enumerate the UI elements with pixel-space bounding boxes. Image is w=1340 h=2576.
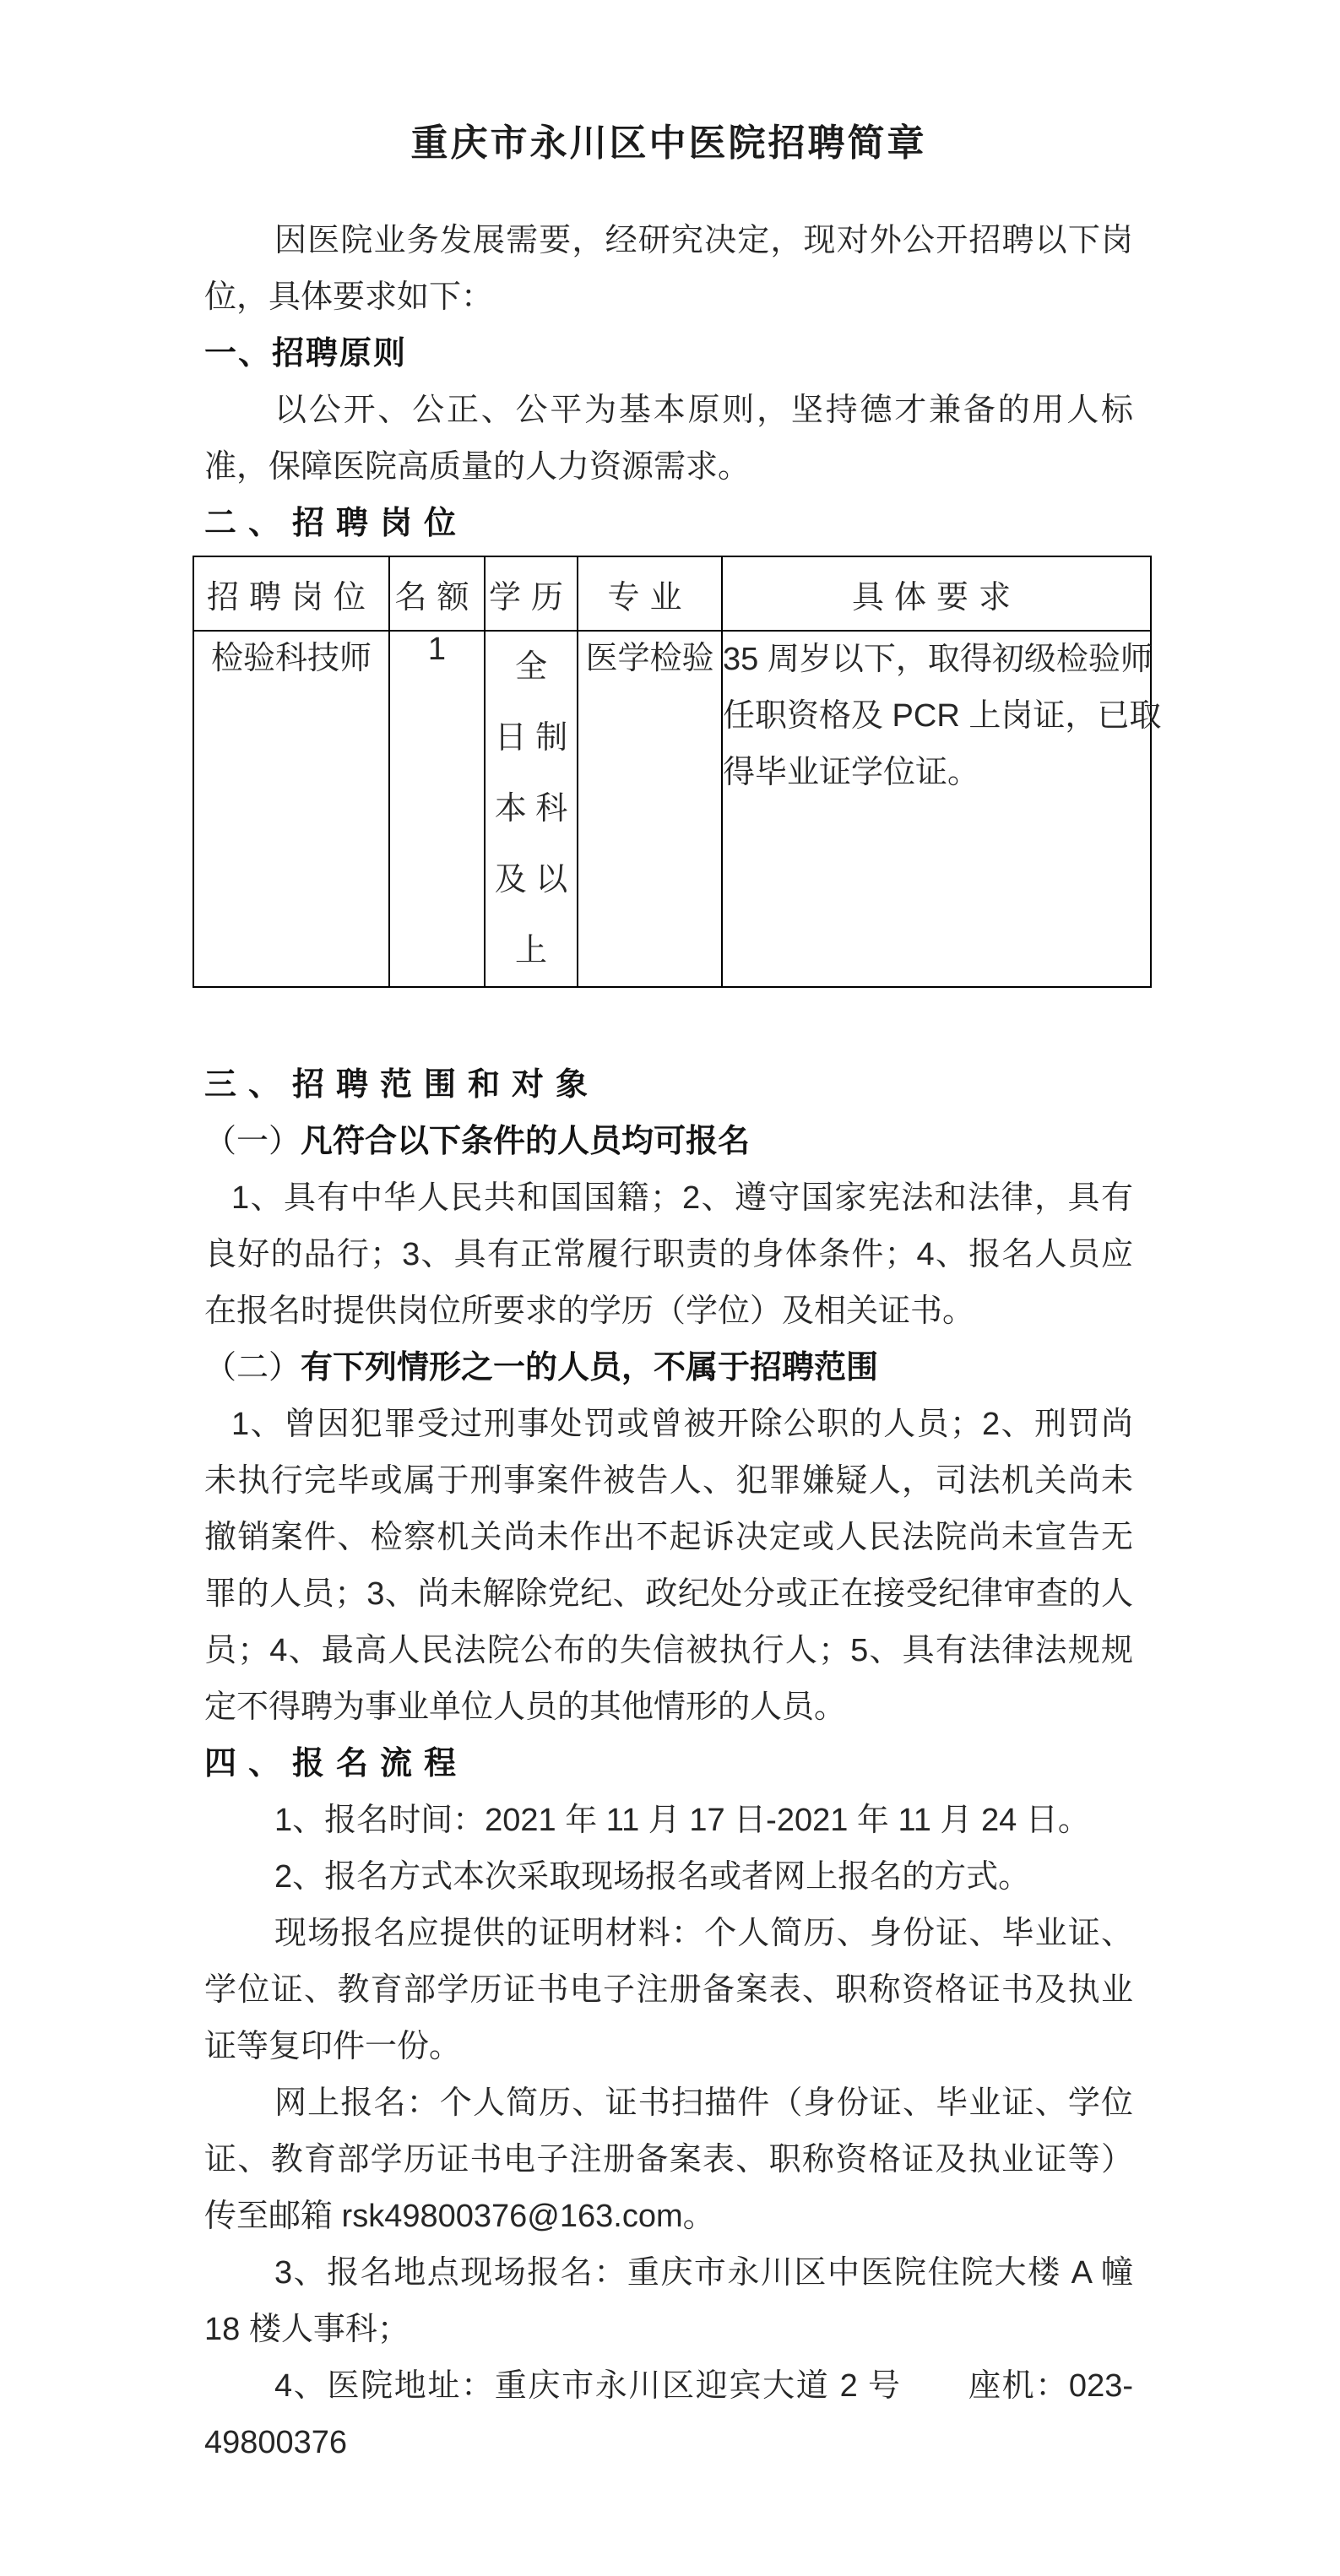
registration-method-paragraph: 2、报名方式本次采取现场报名或者网上报名的方式。 [204,1849,1133,1906]
subsection-1-prefix: （一） [204,1124,301,1159]
registration-location-paragraph: 3、报名地点现场报名：重庆市永川区中医院住院大楼 A 幢 18 楼人事科； [204,2245,1133,2358]
table-header-major: 专业 [578,556,722,631]
exclusion-paragraph: 1、曾因犯罪受过刑事处罚或曾被开除公职的人员；2、刑罚尚未执行完毕或属于刑事案件… [204,1396,1133,1736]
education-cell: 全 日 制 本 科 及 以 上 [485,631,578,987]
subsection-2-title: 有下列情形之一的人员，不属于招聘范围 [301,1350,878,1386]
education-line: 日 制 [486,702,577,773]
intro-paragraph: 因医院业务发展需要，经研究决定，现对外公开招聘以下岗位，具体要求如下： [204,213,1133,326]
requirement-line: 得毕业证学位证。 [723,745,1150,801]
table-row: 检验科技师 1 全 日 制 本 科 及 以 上 医学检验 35 周岁以下，取得初… [193,631,1151,987]
major-cell: 医学检验 [578,631,722,987]
page-title: 重庆市永川区中医院招聘简章 [204,118,1133,169]
requirement-line: 35 周岁以下，取得初级检验师 [723,632,1150,688]
quota-cell: 1 [389,631,485,987]
requirement-cell: 35 周岁以下，取得初级检验师 任职资格及 PCR 上岗证，已取 得毕业证学位证… [722,631,1151,987]
table-header-requirement: 具体要求 [722,556,1151,631]
hospital-address-paragraph: 4、医院地址：重庆市永川区迎宾大道 2 号 座机：023-49800376 [204,2358,1133,2471]
document-page: 重庆市永川区中医院招聘简章 因医院业务发展需要，经研究决定，现对外公开招聘以下岗… [0,0,1340,2576]
online-materials-paragraph: 网上报名：个人简历、证书扫描件（身份证、毕业证、学位证、教育部学历证书电子注册备… [204,2075,1133,2245]
table-header-row: 招聘岗位 名额 学历 专业 具体要求 [193,556,1151,631]
education-line: 全 [486,632,577,702]
education-line: 本 科 [486,773,577,844]
section-3-heading: 三、招聘范围和对象 [204,1057,1133,1114]
table-header-education: 学历 [485,556,578,631]
registration-time-paragraph: 1、报名时间：2021 年 11 月 17 日-2021 年 11 月 24 日… [204,1792,1133,1849]
subsection-2-prefix: （二） [204,1350,301,1386]
job-position-cell: 检验科技师 [193,631,389,987]
onsite-materials-paragraph: 现场报名应提供的证明材料：个人简历、身份证、毕业证、学位证、教育部学历证书电子注… [204,1906,1133,2075]
section-4-heading: 四、报名流程 [204,1736,1133,1792]
subsection-1-title: 凡符合以下条件的人员均可报名 [301,1124,750,1159]
requirement-line: 任职资格及 PCR 上岗证，已取 [723,688,1150,745]
education-line: 上 [486,915,577,986]
section-2-heading: 二、招聘岗位 [204,496,1133,552]
table-header-quota: 名额 [389,556,485,631]
section-1-body: 以公开、公正、公平为基本原则，坚持德才兼备的用人标准，保障医院高质量的人力资源需… [204,382,1133,496]
table-header-position: 招聘岗位 [193,556,389,631]
eligibility-paragraph: 1、具有中华人民共和国国籍；2、遵守国家宪法和法律，具有良好的品行；3、具有正常… [204,1170,1133,1340]
education-line: 及 以 [486,844,577,915]
subsection-1-heading: （一）凡符合以下条件的人员均可报名 [204,1114,1133,1170]
recruitment-table: 招聘岗位 名额 学历 专业 具体要求 检验科技师 1 全 日 制 本 科 及 以… [193,556,1152,988]
section-1-heading: 一、招聘原则 [204,326,1133,382]
subsection-2-heading: （二）有下列情形之一的人员，不属于招聘范围 [204,1340,1133,1396]
